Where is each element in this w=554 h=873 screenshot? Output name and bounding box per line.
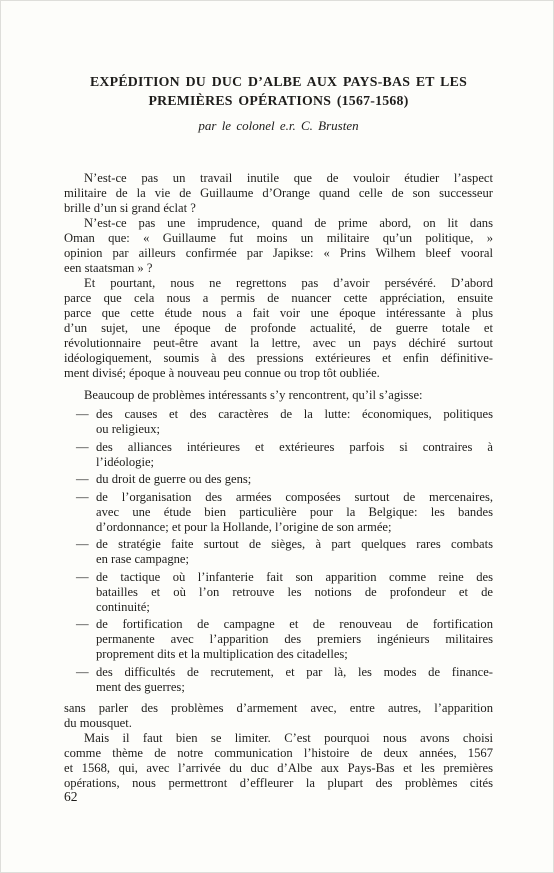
list-item-text: de tactique où l’infanterie fait son app… — [96, 570, 493, 615]
text-line: brille d’un si grand éclat ? — [64, 201, 493, 216]
text-line: idéologiquement, soumis à des pressions … — [64, 351, 493, 366]
text-line: de l’organisation des armées composées s… — [96, 490, 493, 505]
problem-list: — des causes et des caractères de la lut… — [64, 407, 493, 695]
text-line: des difficultés de recrutement, et par l… — [96, 665, 493, 680]
text-line: Et pourtant, nous ne regrettons pas d’av… — [64, 276, 493, 291]
list-item-organisation: — de l’organisation des armées composées… — [64, 490, 493, 535]
paragraph-2: N’est-ce pas une imprudence, quand de pr… — [64, 216, 493, 276]
list-item-text: de fortification de campagne et de renou… — [96, 617, 493, 662]
text-line: N’est-ce pas une imprudence, quand de pr… — [64, 216, 493, 231]
text-line: batailles et où l’on retrouve les notion… — [96, 585, 493, 600]
text-line: du mousquet. — [64, 716, 493, 731]
title-line-2: PREMIÈRES OPÉRATIONS (1567-1568) — [64, 91, 493, 110]
list-item-causes: — des causes et des caractères de la lut… — [64, 407, 493, 437]
text-line: en rase campagne; — [96, 552, 493, 567]
article-title: EXPÉDITION DU DUC D’ALBE AUX PAYS-BAS ET… — [64, 72, 493, 110]
text-line: ment divisé; époque à nouveau peu connue… — [64, 366, 493, 381]
text-line: ou religieux; — [96, 422, 493, 437]
text-line: l’idéologie; — [96, 455, 493, 470]
text-line: continuité; — [96, 600, 493, 615]
em-dash-marker: — — [76, 665, 89, 680]
text-line: parce que cela nous a permis de nuancer … — [64, 291, 493, 306]
em-dash-marker: — — [76, 570, 89, 585]
text-line: opérations, nous permettront d’effleurer… — [64, 776, 493, 791]
article-byline: par le colonel e.r. C. Brusten — [64, 118, 493, 134]
text-line: ment des guerres; — [96, 680, 493, 695]
list-item-alliances: — des alliances intérieures et extérieur… — [64, 440, 493, 470]
text-line: een staatsman » ? — [64, 261, 493, 276]
text-line: militaire de la vie de Guillaume d’Orang… — [64, 186, 493, 201]
text-line: comme thème de notre communication l’his… — [64, 746, 493, 761]
list-item-text: du droit de guerre ou des gens; — [96, 472, 493, 487]
text-line: Mais il faut bien se limiter. C’est pour… — [64, 731, 493, 746]
em-dash-marker: — — [76, 472, 89, 487]
paragraph-1: N’est-ce pas un travail inutile que de v… — [64, 171, 493, 216]
text-line: Beaucoup de problèmes intéressants s’y r… — [64, 388, 493, 403]
text-line: et 1568, qui, avec l’arrivée du duc d’Al… — [64, 761, 493, 776]
text-line: Oman que: « Guillaume fut moins un milit… — [64, 231, 493, 246]
text-line: de tactique où l’infanterie fait son app… — [96, 570, 493, 585]
list-item-fortification: — de fortification de campagne et de ren… — [64, 617, 493, 662]
article-body: N’est-ce pas un travail inutile que de v… — [64, 171, 493, 791]
list-item-droit: — du droit de guerre ou des gens; — [64, 472, 493, 487]
list-intro-paragraph: Beaucoup de problèmes intéressants s’y r… — [64, 388, 493, 403]
text-line: parce que cette étude nous a fait voir u… — [64, 306, 493, 321]
document-page: EXPÉDITION DU DUC D’ALBE AUX PAYS-BAS ET… — [0, 0, 554, 873]
paragraph-final: Mais il faut bien se limiter. C’est pour… — [64, 731, 493, 791]
list-item-text: de stratégie faite surtout de sièges, à … — [96, 537, 493, 567]
text-line: des alliances intérieures et extérieures… — [96, 440, 493, 455]
paragraph-3: Et pourtant, nous ne regrettons pas d’av… — [64, 276, 493, 381]
title-line-1: EXPÉDITION DU DUC D’ALBE AUX PAYS-BAS ET… — [64, 72, 493, 91]
text-line: révolutionnaire peut-être avant la lettr… — [64, 336, 493, 351]
list-item-text: des causes et des caractères de la lutte… — [96, 407, 493, 437]
text-line: opinion par ailleurs confirmée par Japik… — [64, 246, 493, 261]
em-dash-marker: — — [76, 407, 89, 422]
list-item-recrutement: — des difficultés de recrutement, et par… — [64, 665, 493, 695]
text-line: permanente avec l’apparition des premier… — [96, 632, 493, 647]
text-line: proprement dits et la multiplication des… — [96, 647, 493, 662]
text-line: des causes et des caractères de la lutte… — [96, 407, 493, 422]
page-number: 62 — [64, 789, 78, 805]
text-line: N’est-ce pas un travail inutile que de v… — [64, 171, 493, 186]
text-line: d’un sujet, une époque de profonde actua… — [64, 321, 493, 336]
text-line: de fortification de campagne et de renou… — [96, 617, 493, 632]
text-line: d’ordonnance; et pour la Hollande, l’ori… — [96, 520, 493, 535]
list-item-text: de l’organisation des armées composées s… — [96, 490, 493, 535]
em-dash-marker: — — [76, 490, 89, 505]
em-dash-marker: — — [76, 440, 89, 455]
list-item-text: des alliances intérieures et extérieures… — [96, 440, 493, 470]
list-item-text: des difficultés de recrutement, et par l… — [96, 665, 493, 695]
text-line: du droit de guerre ou des gens; — [96, 472, 493, 487]
em-dash-marker: — — [76, 617, 89, 632]
em-dash-marker: — — [76, 537, 89, 552]
text-line: sans parler des problèmes d’armement ave… — [64, 701, 493, 716]
paragraph-sans-parler: sans parler des problèmes d’armement ave… — [64, 701, 493, 731]
text-line: avec une étude bien particulière pour la… — [96, 505, 493, 520]
list-item-strategie: — de stratégie faite surtout de sièges, … — [64, 537, 493, 567]
article-header: EXPÉDITION DU DUC D’ALBE AUX PAYS-BAS ET… — [64, 72, 493, 134]
list-item-tactique: — de tactique où l’infanterie fait son a… — [64, 570, 493, 615]
text-line: de stratégie faite surtout de sièges, à … — [96, 537, 493, 552]
